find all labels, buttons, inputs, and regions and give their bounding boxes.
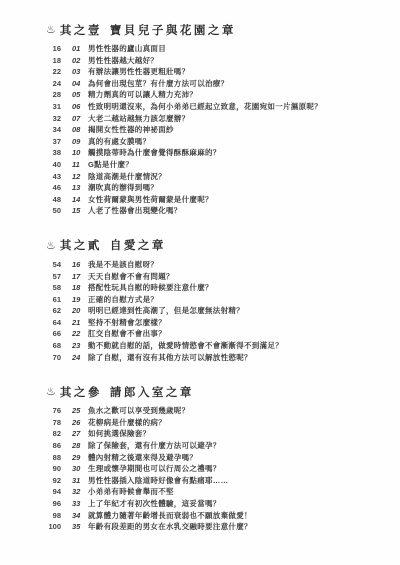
toc-entry: 8829體內射精之後還來得及避孕嗎？ xyxy=(46,452,374,464)
entry-question-number: 18 xyxy=(72,282,83,294)
toc-page: ♨其之壹寶貝兒子與花園之章1601男性性器的廬山真面目1802男性性器越大越好？… xyxy=(0,0,400,565)
toc-entry: 2203有辦法讓男性性器更粗壯嗎？ xyxy=(46,66,374,78)
section-header: ♨其之參請郎入室之章 xyxy=(46,384,374,399)
entry-question-number: 35 xyxy=(72,521,83,533)
toc-entry: 3709真的有處女膜嗎？ xyxy=(46,136,374,148)
entry-title: 揭開女性性器的神祕面紗 xyxy=(88,124,174,136)
toc-entry: 10035年齡有段差距的男女在水乳交融時要注意什麼？ xyxy=(46,521,374,533)
entry-page-number: 82 xyxy=(46,428,61,440)
entry-question-number: 02 xyxy=(72,55,83,67)
chapter-title: 請郎入室之章 xyxy=(110,384,194,400)
entry-title: 上了年紀才有初次性體驗，這妥當嗎？ xyxy=(88,498,221,510)
toc-entry: 2805精力劑真的可以讓人精力充沛？ xyxy=(46,89,374,101)
entry-title: 男性性器的廬山真面目 xyxy=(88,43,166,55)
toc-entry: 9633上了年紀才有初次性體驗，這妥當嗎？ xyxy=(46,498,374,510)
entry-page-number: 31 xyxy=(46,101,61,113)
entry-page-number: 32 xyxy=(46,113,61,125)
entry-title: 魚水之歡可以享受到幾歲呢？ xyxy=(88,405,189,417)
entry-page-number: 18 xyxy=(46,55,61,67)
toc-entry: 4814女性荷爾蒙與男性荷爾蒙是什麼呢？ xyxy=(46,194,374,206)
entry-question-number: 17 xyxy=(72,271,83,283)
toc-section: ♨其之參請郎入室之章7625魚水之歡可以享受到幾歲呢？7826花柳病是什麼樣的病… xyxy=(46,384,374,533)
entry-title: 如何挑選保險套？ xyxy=(88,428,150,440)
toc-entry: 1601男性性器的廬山真面目 xyxy=(46,43,374,55)
entry-title: 搭配性玩具自慰的時候要注意什麼？ xyxy=(88,282,213,294)
entry-page-number: 22 xyxy=(46,66,61,78)
entry-title: 年齡有段差距的男女在水乳交融時要注意什麼？ xyxy=(88,521,252,533)
entry-page-number: 40 xyxy=(46,159,61,171)
toc-entry: 9030生理或懷孕期間也可以行周公之禮嗎？ xyxy=(46,463,374,475)
entry-title: 精力劑真的可以讓人精力充沛？ xyxy=(88,89,197,101)
toc-entry: 7826花柳病是什麼樣的病？ xyxy=(46,417,374,429)
entry-title: 男性性器插入陰道時好像會有點痛耶…… xyxy=(88,475,228,487)
entry-question-number: 01 xyxy=(72,43,83,55)
entry-page-number: 94 xyxy=(46,486,61,498)
entry-page-number: 50 xyxy=(46,205,61,217)
entry-page-number: 76 xyxy=(46,405,61,417)
entry-title: 除了自慰，還有沒有其他方法可以解放性慾呢？ xyxy=(88,352,252,364)
entry-question-number: 30 xyxy=(72,463,83,475)
entry-title: 天天自慰會不會有問題？ xyxy=(88,271,174,283)
entry-question-number: 11 xyxy=(72,159,83,171)
entry-question-number: 24 xyxy=(72,352,83,364)
entry-question-number: 08 xyxy=(72,124,83,136)
entry-title: 明明已經達到性高潮了，但是怎麼無法射精？ xyxy=(88,305,244,317)
entry-page-number: 54 xyxy=(46,259,61,271)
entry-page-number: 43 xyxy=(46,171,61,183)
chapter-title: 自愛之章 xyxy=(110,237,166,253)
toc-entry: 3207大老二越站越無力該怎麼辦？ xyxy=(46,113,374,125)
entry-page-number: 37 xyxy=(46,136,61,148)
toc-entry: 6220明明已經達到性高潮了，但是怎麼無法射精？ xyxy=(46,305,374,317)
entry-title: 人老了性器會出現變化嗎？ xyxy=(88,205,182,217)
entry-question-number: 14 xyxy=(72,194,83,206)
entry-title: 大老二越站越無力該怎麼辦？ xyxy=(88,113,189,125)
toc-entry: 7024除了自慰，還有沒有其他方法可以解放性慾呢？ xyxy=(46,352,374,364)
entry-question-number: 25 xyxy=(72,405,83,417)
entry-question-number: 31 xyxy=(72,475,83,487)
toc-entry: 3810觸摸陰蒂時為什麼會覺得酥酥麻麻的？ xyxy=(46,147,374,159)
toc-entry: 2404為何會出現包莖？有什麼方法可以治療？ xyxy=(46,78,374,90)
chapter-title: 寶貝兒子與花園之章 xyxy=(110,22,236,38)
entry-title: 潮吹真的辦得到嗎？ xyxy=(88,182,158,194)
toc-entry: 7625魚水之歡可以享受到幾歲呢？ xyxy=(46,405,374,417)
toc-entry: 9231男性性器插入陰道時好像會有點痛耶…… xyxy=(46,475,374,487)
entry-question-number: 22 xyxy=(72,328,83,340)
entry-title: 花柳病是什麼樣的病？ xyxy=(88,417,166,429)
entry-question-number: 16 xyxy=(72,259,83,271)
entry-title: 女性荷爾蒙與男性荷爾蒙是什麼呢？ xyxy=(88,194,213,206)
toc-entry: 5416我是不是該自慰呀？ xyxy=(46,259,374,271)
entry-title: 觸摸陰蒂時為什麼會覺得酥酥麻麻的？ xyxy=(88,147,221,159)
entry-title: 堅持不射精會怎麼樣？ xyxy=(88,317,166,329)
toc-entry: 4011G點是什麼？ xyxy=(46,159,374,171)
section-header: ♨其之貳自愛之章 xyxy=(46,238,374,253)
entry-page-number: 57 xyxy=(46,271,61,283)
entry-question-number: 05 xyxy=(72,89,83,101)
entry-page-number: 62 xyxy=(46,305,61,317)
entry-question-number: 32 xyxy=(72,486,83,498)
entry-question-number: 06 xyxy=(72,101,83,113)
chapter-number: 其之壹 xyxy=(60,22,102,38)
entry-page-number: 78 xyxy=(46,417,61,429)
entry-page-number: 68 xyxy=(46,340,61,352)
entry-question-number: 04 xyxy=(72,78,83,90)
entry-question-number: 27 xyxy=(72,428,83,440)
toc-entry: 6119正確的自慰方式是？ xyxy=(46,294,374,306)
entry-question-number: 10 xyxy=(72,147,83,159)
entry-title: 陰道高潮是什麼情況？ xyxy=(88,171,166,183)
entry-page-number: 66 xyxy=(46,328,61,340)
toc-entry: 5717天天自慰會不會有問題？ xyxy=(46,271,374,283)
entry-title: 除了保險套，還有什麼方法可以避孕？ xyxy=(88,440,221,452)
toc-entry: 8227如何挑選保險套？ xyxy=(46,428,374,440)
chapter-number: 其之貳 xyxy=(60,237,102,253)
entry-page-number: 96 xyxy=(46,498,61,510)
entry-page-number: 86 xyxy=(46,440,61,452)
section-header: ♨其之壹寶貝兒子與花園之章 xyxy=(46,22,374,37)
entry-question-number: 19 xyxy=(72,294,83,306)
entry-title: 性致明明還沒來，為何小弟弟已經起立致意，花園宛如一片濕原呢？ xyxy=(88,101,322,113)
entry-page-number: 38 xyxy=(46,147,61,159)
toc-entry: 3408揭開女性性器的神祕面紗 xyxy=(46,124,374,136)
entry-title: 體內射精之後還來得及避孕嗎？ xyxy=(88,452,197,464)
hot-spring-icon: ♨ xyxy=(46,385,56,398)
toc-entry: 5818搭配性玩具自慰的時候要注意什麼？ xyxy=(46,282,374,294)
entry-title: 有辦法讓男性性器更粗壯嗎？ xyxy=(88,66,189,78)
entry-page-number: 90 xyxy=(46,463,61,475)
entry-page-number: 92 xyxy=(46,475,61,487)
entry-title: 小弟弟有時候會舉而不堅 xyxy=(88,486,174,498)
toc-entry: 5015人老了性器會出現變化嗎？ xyxy=(46,205,374,217)
entry-question-number: 29 xyxy=(72,452,83,464)
entry-title: 就算體力隨著年齡增長而衰弱也不願放棄做愛！ xyxy=(88,510,252,522)
entry-page-number: 100 xyxy=(46,521,61,533)
toc-entry: 6622肛交自慰會不會出事？ xyxy=(46,328,374,340)
toc-entry: 1802男性性器越大越好？ xyxy=(46,55,374,67)
toc-entry: 8628除了保險套，還有什麼方法可以避孕？ xyxy=(46,440,374,452)
entry-page-number: 28 xyxy=(46,89,61,101)
entry-title: 正確的自慰方式是？ xyxy=(88,294,158,306)
entry-page-number: 61 xyxy=(46,294,61,306)
entry-question-number: 26 xyxy=(72,417,83,429)
entry-title: G點是什麼？ xyxy=(88,159,133,171)
toc-entry: 4312陰道高潮是什麼情況？ xyxy=(46,171,374,183)
entry-page-number: 98 xyxy=(46,510,61,522)
entry-title: 男性性器越大越好？ xyxy=(88,55,158,67)
entry-question-number: 09 xyxy=(72,136,83,148)
toc-entry: 9834就算體力隨著年齡增長而衰弱也不願放棄做愛！ xyxy=(46,510,374,522)
toc-entry: 6421堅持不射精會怎麼樣？ xyxy=(46,317,374,329)
entry-page-number: 58 xyxy=(46,282,61,294)
toc-entry: 9432小弟弟有時候會舉而不堅 xyxy=(46,486,374,498)
entry-question-number: 13 xyxy=(72,182,83,194)
entry-page-number: 64 xyxy=(46,317,61,329)
entry-question-number: 28 xyxy=(72,440,83,452)
entry-title: 生理或懷孕期間也可以行周公之禮嗎？ xyxy=(88,463,221,475)
entry-question-number: 07 xyxy=(72,113,83,125)
toc: ♨其之壹寶貝兒子與花園之章1601男性性器的廬山真面目1802男性性器越大越好？… xyxy=(46,22,374,533)
entry-title: 動不動就自慰的話，做愛時情慾會不會漸漸得不到滿足？ xyxy=(88,340,283,352)
toc-entry: 3106性致明明還沒來，為何小弟弟已經起立致意，花園宛如一片濕原呢？ xyxy=(46,101,374,113)
entry-title: 為何會出現包莖？有什麼方法可以治療？ xyxy=(88,78,228,90)
entry-page-number: 16 xyxy=(46,43,61,55)
entry-page-number: 46 xyxy=(46,182,61,194)
entry-question-number: 34 xyxy=(72,510,83,522)
chapter-number: 其之參 xyxy=(60,384,102,400)
toc-section: ♨其之壹寶貝兒子與花園之章1601男性性器的廬山真面目1802男性性器越大越好？… xyxy=(46,22,374,217)
entry-page-number: 88 xyxy=(46,452,61,464)
toc-entry: 6823動不動就自慰的話，做愛時情慾會不會漸漸得不到滿足？ xyxy=(46,340,374,352)
hot-spring-icon: ♨ xyxy=(46,239,56,252)
entry-question-number: 12 xyxy=(72,171,83,183)
entry-question-number: 15 xyxy=(72,205,83,217)
entry-title: 真的有處女膜嗎？ xyxy=(88,136,150,148)
entry-page-number: 34 xyxy=(46,124,61,136)
toc-entry: 4613潮吹真的辦得到嗎？ xyxy=(46,182,374,194)
entry-title: 肛交自慰會不會出事？ xyxy=(88,328,166,340)
entry-page-number: 24 xyxy=(46,78,61,90)
toc-section: ♨其之貳自愛之章5416我是不是該自慰呀？5717天天自慰會不會有問題？5818… xyxy=(46,238,374,363)
entry-page-number: 70 xyxy=(46,352,61,364)
entry-question-number: 03 xyxy=(72,66,83,78)
entry-title: 我是不是該自慰呀？ xyxy=(88,259,158,271)
entry-question-number: 21 xyxy=(72,317,83,329)
hot-spring-icon: ♨ xyxy=(46,23,56,36)
entry-question-number: 23 xyxy=(72,340,83,352)
entry-question-number: 20 xyxy=(72,305,83,317)
entry-question-number: 33 xyxy=(72,498,83,510)
entry-page-number: 48 xyxy=(46,194,61,206)
